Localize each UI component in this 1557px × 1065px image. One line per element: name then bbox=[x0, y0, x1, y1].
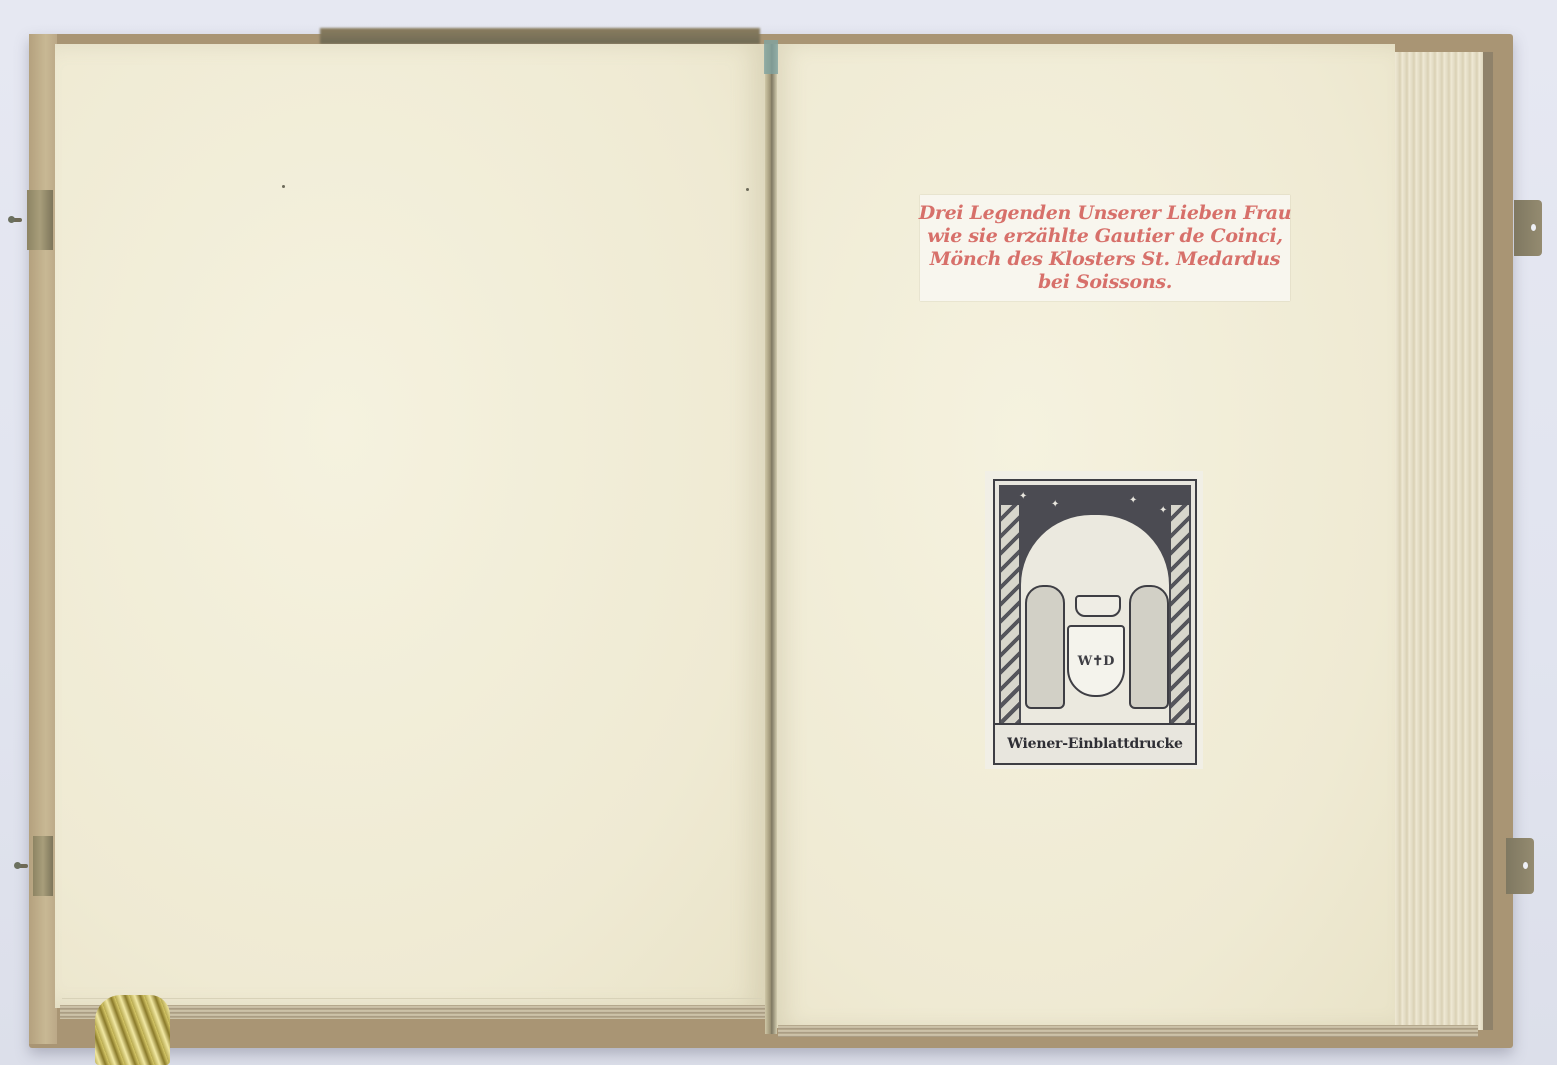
paper-speck bbox=[282, 185, 285, 188]
title-line: Drei Legenden Unserer Lieben Frau bbox=[919, 202, 1292, 225]
woodcut-illustration: ✦ ✦ ✦ ✦ W✝D bbox=[999, 485, 1191, 723]
star-icon: ✦ bbox=[1129, 495, 1137, 506]
upper-left-pin-icon bbox=[12, 218, 22, 222]
lower-left-pin-icon bbox=[18, 864, 28, 868]
lower-left-hinge bbox=[33, 836, 53, 896]
title-line: bei Soissons. bbox=[1038, 271, 1172, 294]
headband bbox=[764, 40, 778, 74]
right-bottom-edge bbox=[778, 1025, 1478, 1037]
open-book: Drei Legenden Unserer Lieben Frau wie si… bbox=[0, 0, 1557, 1065]
woodcut-bookplate: ✦ ✦ ✦ ✦ W✝D Wiener-Einblattdrucke bbox=[985, 471, 1203, 769]
spine-top bbox=[320, 28, 760, 44]
title-line: Mönch des Klosters St. Medardus bbox=[930, 248, 1280, 271]
monogram-shield: W✝D bbox=[1067, 625, 1125, 697]
left-page-blank bbox=[55, 44, 765, 1008]
crown-icon bbox=[1075, 595, 1121, 617]
title-line: wie sie erzählte Gautier de Coinci, bbox=[927, 225, 1282, 248]
right-angel-figure bbox=[1129, 585, 1169, 709]
brass-clasp-ornament bbox=[95, 995, 170, 1065]
paper-speck bbox=[746, 188, 749, 191]
upper-left-hinge bbox=[27, 190, 53, 250]
left-pillar bbox=[1001, 505, 1019, 723]
lower-right-clasp-tab bbox=[1506, 838, 1534, 894]
right-pillar bbox=[1171, 505, 1189, 723]
star-icon: ✦ bbox=[1019, 491, 1027, 502]
bookplate-frame: ✦ ✦ ✦ ✦ W✝D Wiener-Einblattdrucke bbox=[993, 479, 1197, 765]
left-angel-figure bbox=[1025, 585, 1065, 709]
star-icon: ✦ bbox=[1159, 505, 1167, 516]
title-label: Drei Legenden Unserer Lieben Frau wie si… bbox=[920, 195, 1290, 301]
star-icon: ✦ bbox=[1051, 499, 1059, 510]
page-fore-edge bbox=[1395, 52, 1493, 1030]
book-gutter bbox=[765, 44, 777, 1034]
bookplate-caption: Wiener-Einblattdrucke bbox=[995, 723, 1195, 763]
upper-right-clasp-tab bbox=[1514, 200, 1542, 256]
